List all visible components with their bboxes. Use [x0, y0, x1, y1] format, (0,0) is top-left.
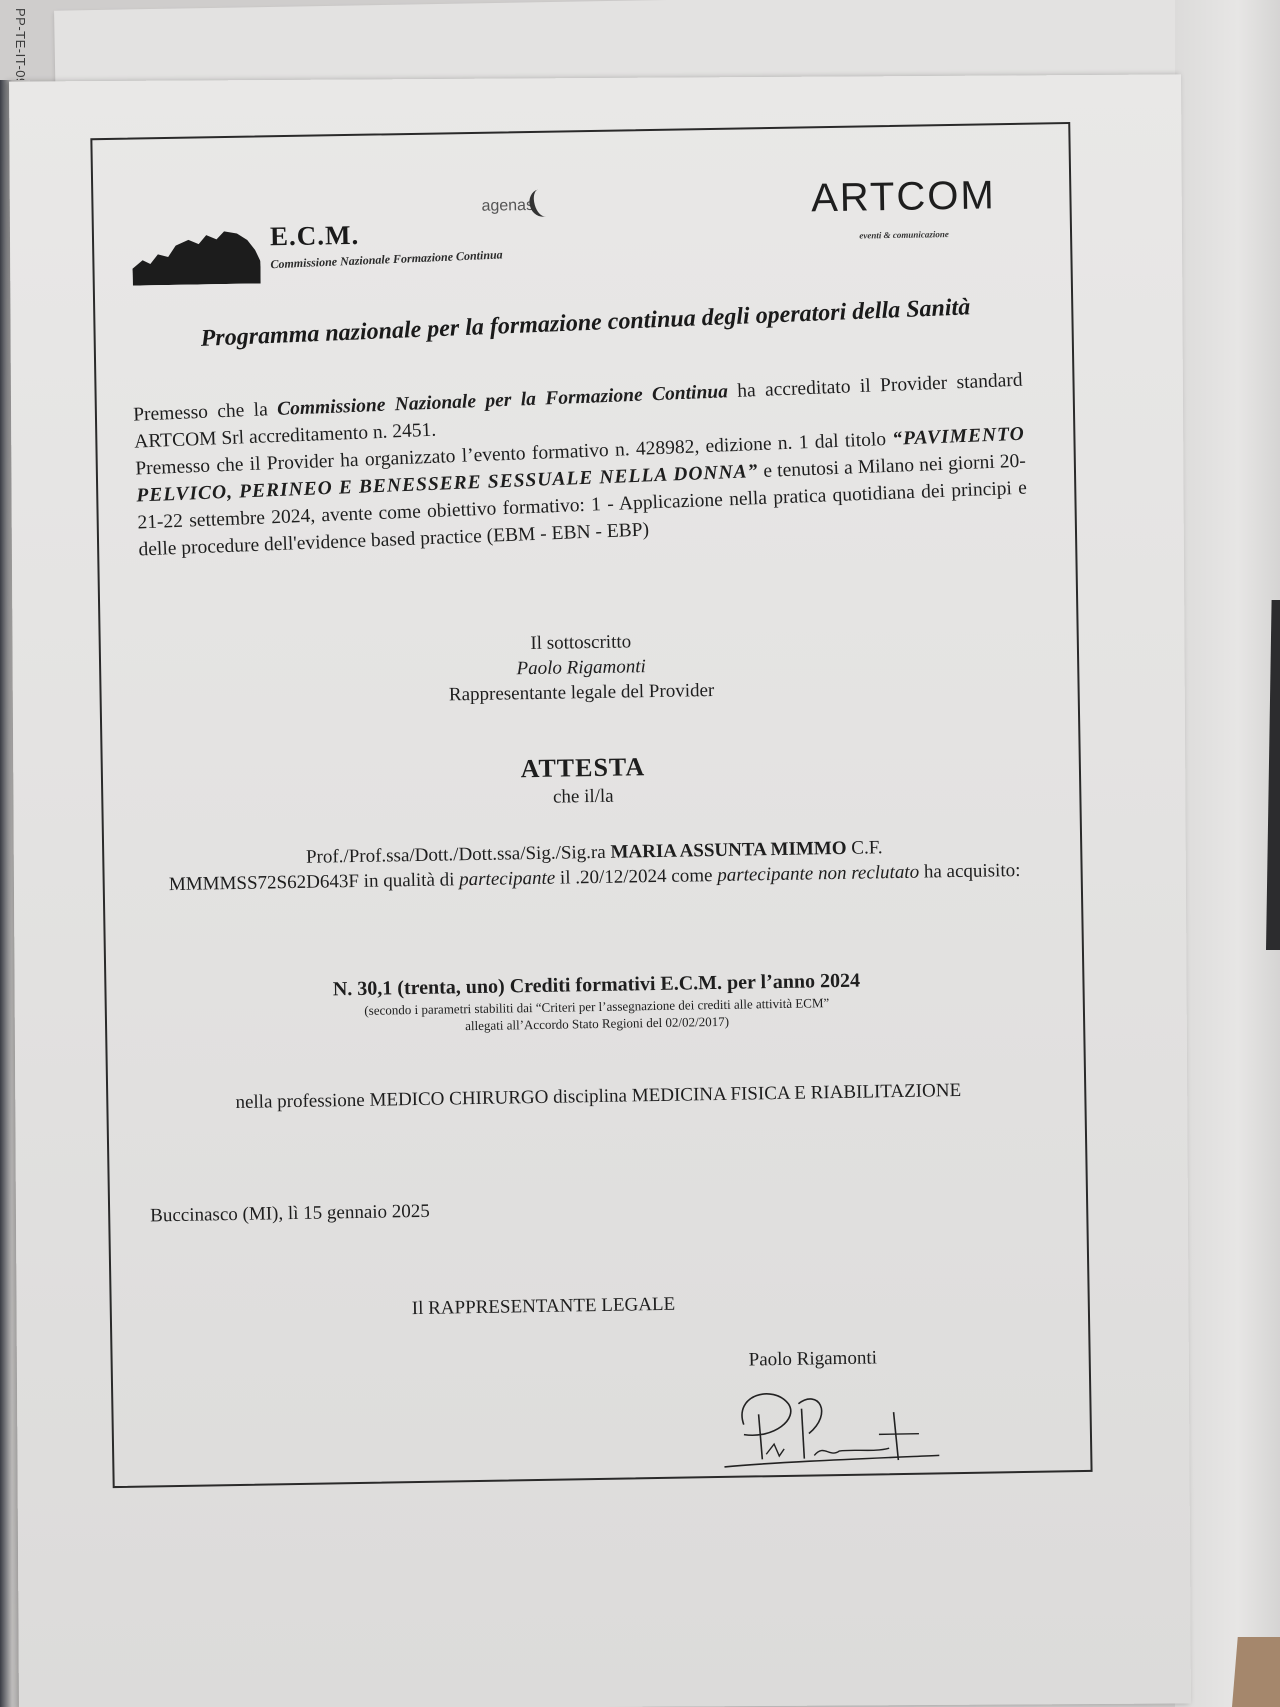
- document-heading: Programma nazionale per la formazione co…: [155, 292, 1015, 354]
- artcom-tagline: eventi & comunicazione: [794, 228, 1014, 242]
- profession-line: nella professione MEDICO CHIRURGO discip…: [148, 1079, 1048, 1116]
- background-wood-surface: [1232, 1637, 1280, 1707]
- premise-text: Premesso che la: [133, 399, 278, 426]
- participant-text: come: [666, 865, 717, 887]
- cf-value: MMMMSS72S62D643F: [169, 871, 359, 895]
- participant-text: in qualità di: [359, 869, 460, 892]
- premise-paragraph: Premesso che la Commissione Nazionale pe…: [133, 367, 1029, 564]
- cf-label: C.F.: [846, 837, 882, 859]
- commission-name: Commissione Nazionale per la Formazione …: [277, 381, 729, 420]
- participant-name: MARIA ASSUNTA MIMMO: [610, 838, 846, 863]
- agenas-logo-text: agenas: [481, 197, 534, 216]
- participant-block: Prof./Prof.ssa/Dott./Dott.ssa/Sig./Sig.r…: [164, 833, 1025, 897]
- artcom-logo: ARTCOM eventi & comunicazione: [793, 173, 1014, 247]
- participant-role: partecipante non reclutato: [717, 862, 919, 886]
- participant-date: .20/12/2024: [575, 866, 667, 889]
- representative-title: Il RAPPRESENTANTE LEGALE: [412, 1294, 676, 1320]
- ecm-logo: E.C.M. Commissione Nazionale Formazione …: [131, 183, 553, 300]
- background-paper-right: [1175, 0, 1280, 1707]
- certificate-frame: E.C.M. Commissione Nazionale Formazione …: [90, 122, 1092, 1488]
- participant-text: ha acquisito:: [919, 860, 1021, 883]
- certificate-sheet: E.C.M. Commissione Nazionale Formazione …: [9, 74, 1191, 1707]
- participant-quality: partecipante: [459, 868, 555, 891]
- ecm-figures-image: [132, 227, 261, 285]
- ecm-title: E.C.M.: [270, 220, 360, 252]
- credits-block: N. 30,1 (trenta, uno) Crediti formativi …: [206, 966, 987, 1039]
- participant-titles: Prof./Prof.ssa/Dott./Dott.ssa/Sig./Sig.r…: [306, 842, 611, 868]
- representative-name: Paolo Rigamonti: [749, 1347, 878, 1371]
- participant-text: il: [555, 867, 575, 888]
- handwritten-signature: [713, 1381, 954, 1475]
- attesta-block: ATTESTA che il/la: [303, 748, 864, 814]
- place-date: Buccinasco (MI), lì 15 gennaio 2025: [150, 1201, 430, 1228]
- signer-block: Il sottoscritto Paolo Rigamonti Rapprese…: [301, 626, 862, 710]
- artcom-wordmark: ARTCOM: [793, 173, 1014, 222]
